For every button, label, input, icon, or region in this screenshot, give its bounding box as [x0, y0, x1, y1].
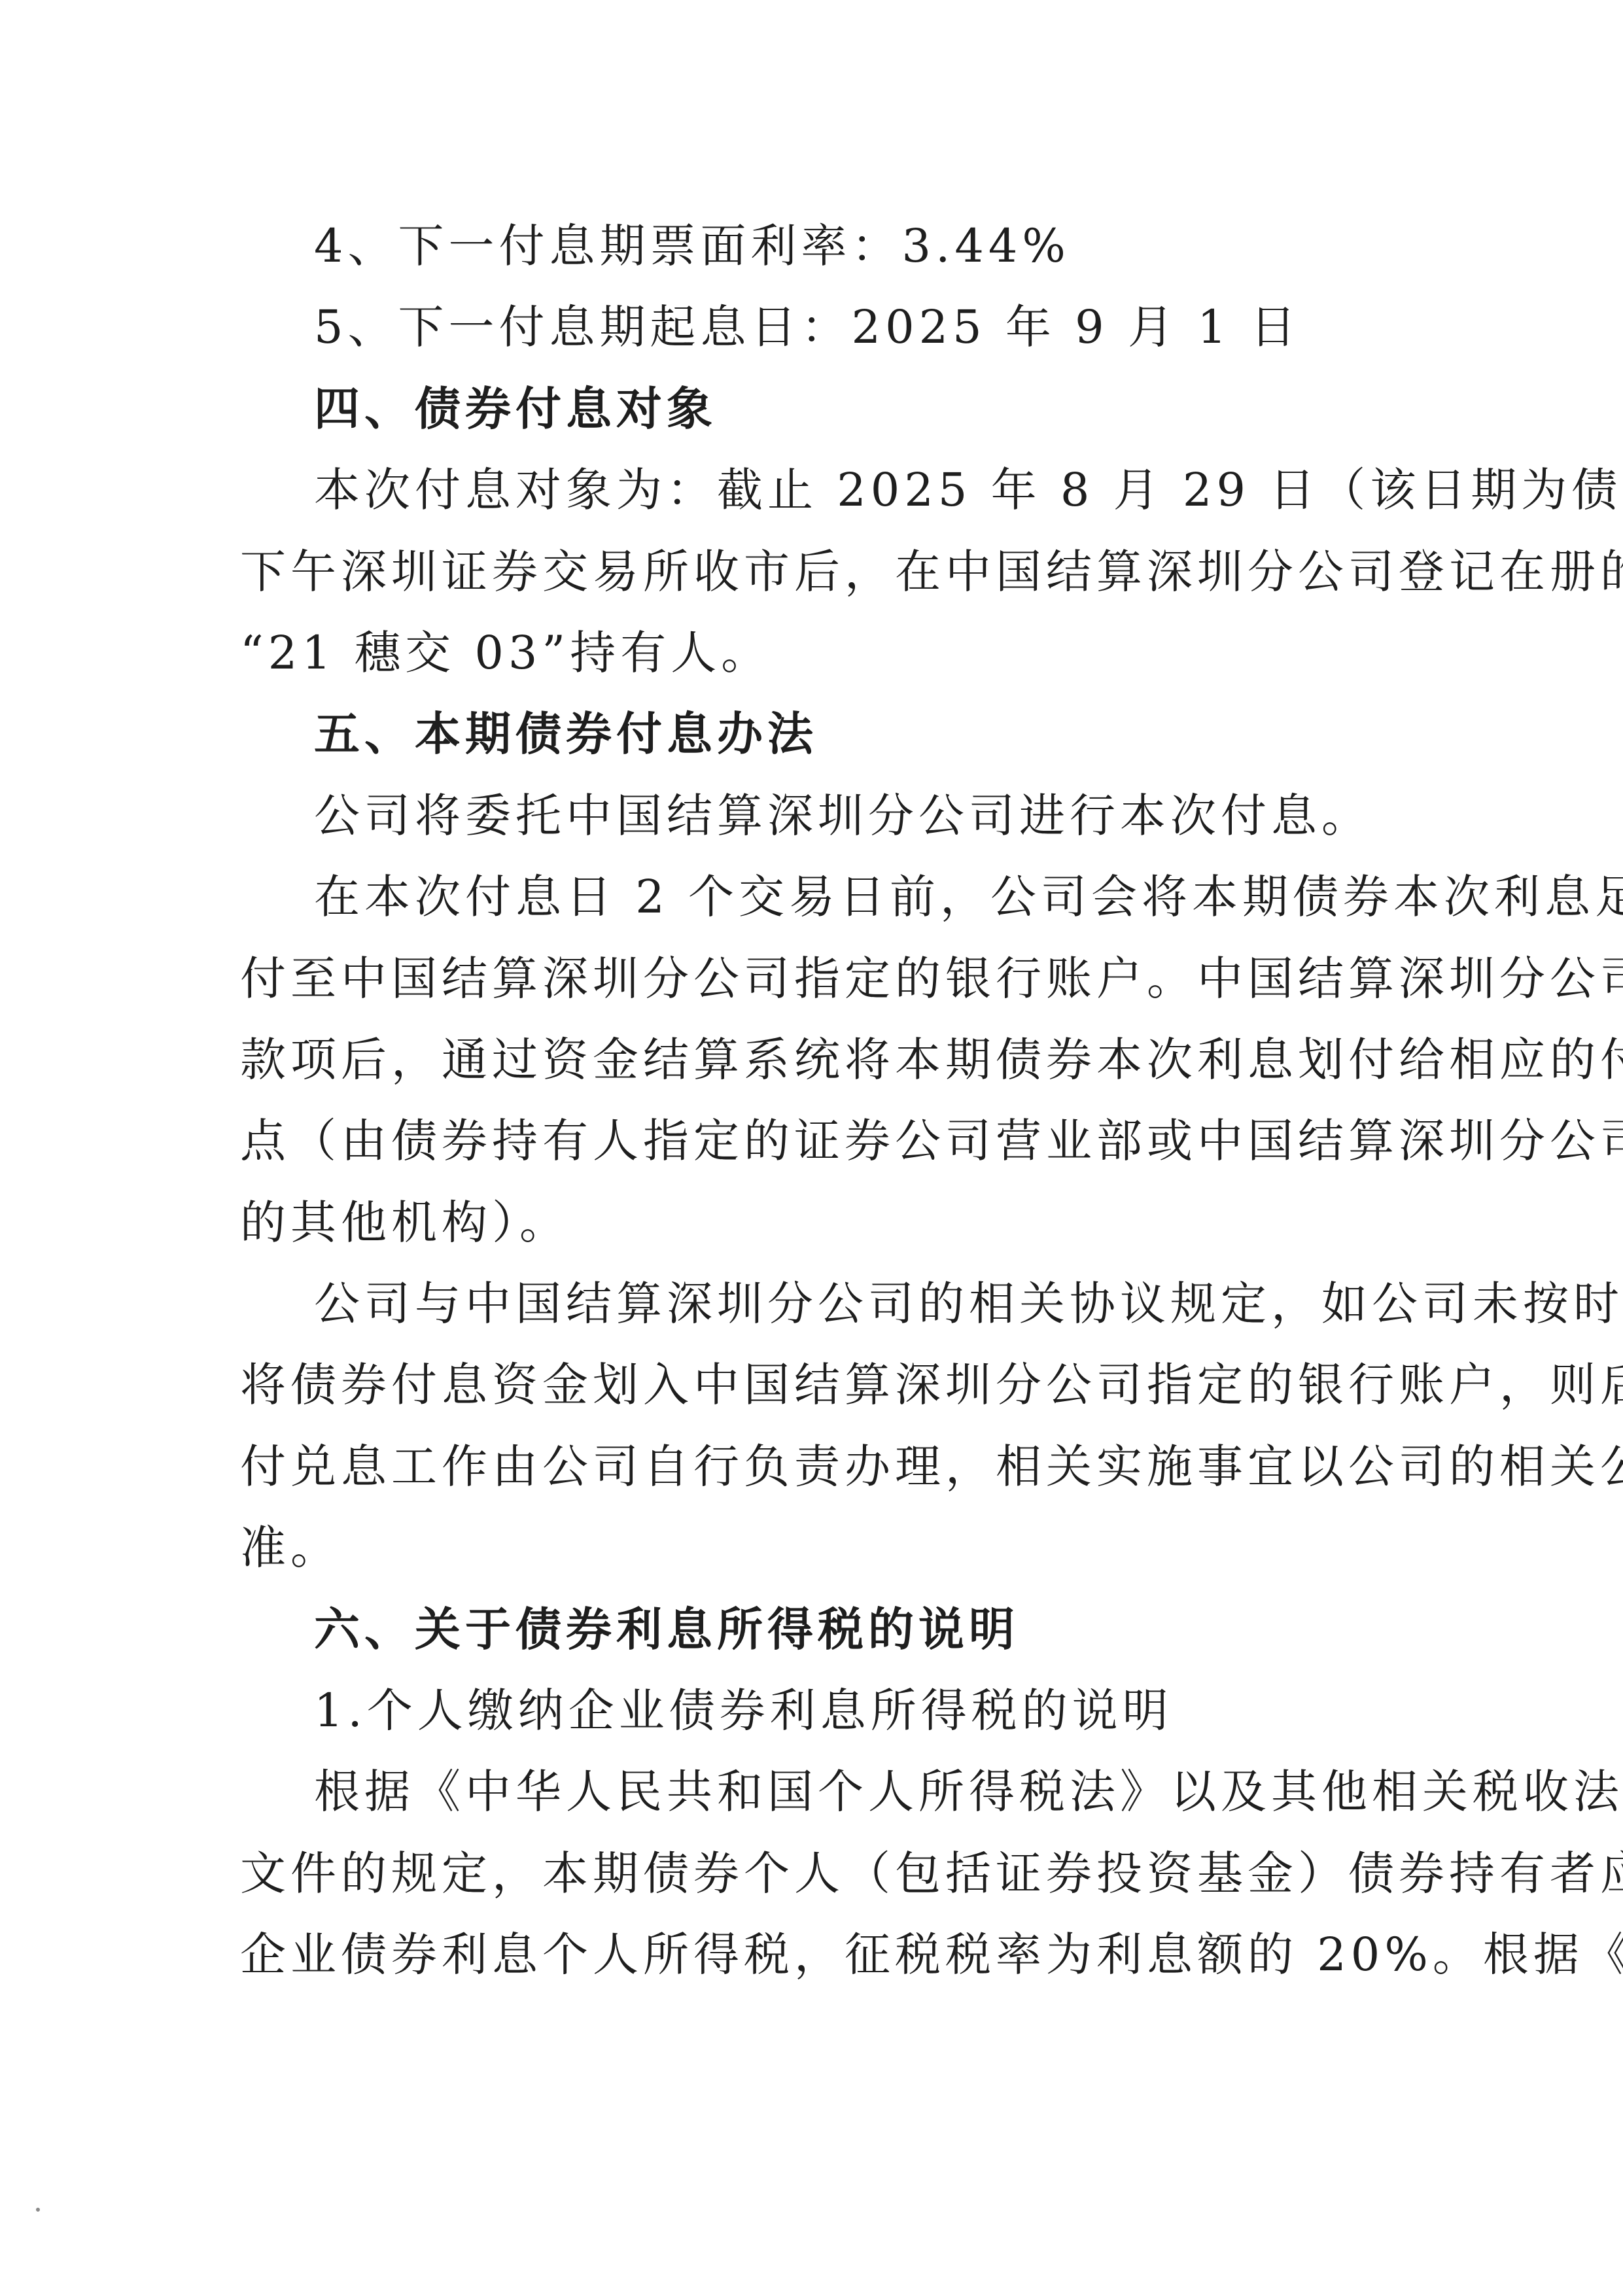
section-heading-payment-method: 五、本期债券付息办法: [240, 693, 1375, 774]
paragraph-line: 点（由债券持有人指定的证券公司营业部或中国结算深圳分公司认可: [240, 1100, 1375, 1181]
paragraph-line: 企业债券利息个人所得税，征税税率为利息额的 20%。根据《国家税: [240, 1914, 1375, 1995]
subsection-heading-individual-tax: 1.个人缴纳企业债券利息所得税的说明: [240, 1670, 1375, 1751]
paragraph-line: 的其他机构）。: [240, 1182, 1375, 1263]
paragraph-line: “21 穗交 03”持有人。: [240, 612, 1375, 693]
paragraph-line: 文件的规定，本期债券个人（包括证券投资基金）债券持有者应缴纳: [240, 1833, 1375, 1914]
scan-speck: [35, 2207, 41, 2212]
paragraph-line: 在本次付息日 2 个交易日前，公司会将本期债券本次利息足额划: [240, 856, 1375, 937]
paragraph-line: 公司将委托中国结算深圳分公司进行本次付息。: [240, 775, 1375, 856]
paragraph-line: 将债券付息资金划入中国结算深圳分公司指定的银行账户，则后续兑: [240, 1344, 1375, 1425]
document-page: 4、下一付息期票面利率：3.44% 5、下一付息期起息日：2025 年 9 月 …: [240, 205, 1375, 1996]
paragraph-line: 本次付息对象为：截止 2025 年 8 月 29 日（该日期为债权登记日）: [240, 449, 1375, 531]
paragraph-line: 款项后，通过资金结算系统将本期债券本次利息划付给相应的付息网: [240, 1019, 1375, 1100]
paragraph-line: 付至中国结算深圳分公司指定的银行账户。中国结算深圳分公司收到: [240, 938, 1375, 1019]
paragraph-line: 根据《中华人民共和国个人所得税法》以及其他相关税收法规和: [240, 1751, 1375, 1832]
paragraph-line: 下午深圳证券交易所收市后，在中国结算深圳分公司登记在册的全体: [240, 531, 1375, 612]
paragraph-line: 公司与中国结算深圳分公司的相关协议规定，如公司未按时足额: [240, 1263, 1375, 1344]
list-item-interest-start-date: 5、下一付息期起息日：2025 年 9 月 1 日: [240, 287, 1375, 368]
list-item-coupon-rate: 4、下一付息期票面利率：3.44%: [240, 205, 1375, 287]
section-heading-tax-explanation: 六、关于债券利息所得税的说明: [240, 1589, 1375, 1670]
paragraph-line: 付兑息工作由公司自行负责办理，相关实施事宜以公司的相关公告为: [240, 1426, 1375, 1507]
section-heading-payment-target: 四、债券付息对象: [240, 368, 1375, 449]
paragraph-line: 准。: [240, 1507, 1375, 1588]
